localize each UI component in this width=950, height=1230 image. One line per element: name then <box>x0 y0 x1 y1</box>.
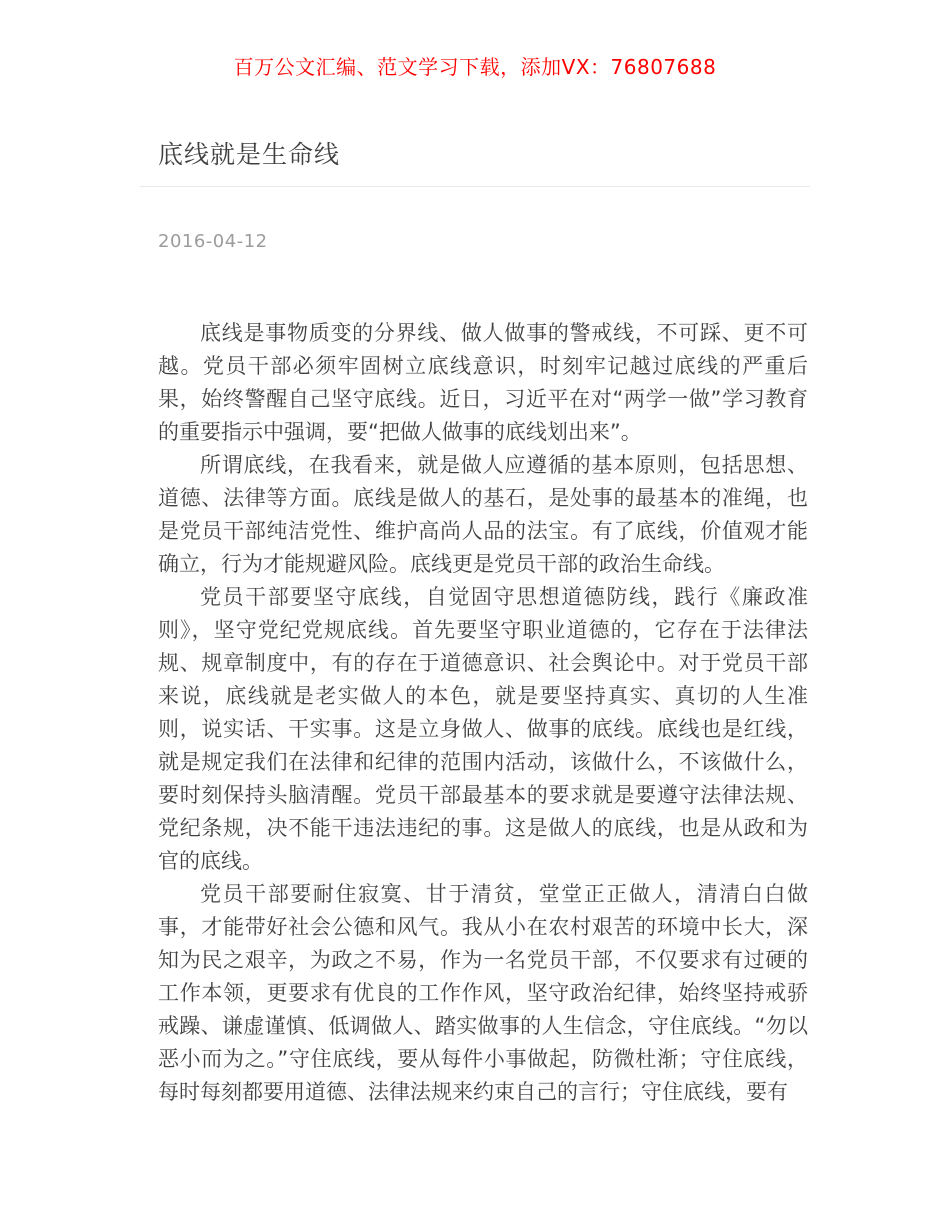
paragraph-1: 底线是事物质变的分界线、做人做事的警戒线，不可踩、更不可越。党员干部必须牢固树立… <box>158 317 808 449</box>
paragraph-2: 所谓底线，在我看来，就是做人应遵循的基本原则，包括思想、道德、法律等方面。底线是… <box>158 449 808 581</box>
page-title: 底线就是生命线 <box>158 141 792 169</box>
article-date: 2016-04-12 <box>140 231 810 252</box>
article-header: 底线就是生命线 <box>140 141 810 187</box>
article-body: 底线是事物质变的分界线、做人做事的警戒线，不可踩、更不可越。党员干部必须牢固树立… <box>140 317 810 1109</box>
paragraph-4: 党员干部要耐住寂寞、甘于清贫，堂堂正正做人，清清白白做事，才能带好社会公德和风气… <box>158 878 808 1109</box>
paragraph-3: 党员干部要坚守底线，自觉固守思想道德防线，践行《廉政准则》，坚守党纪党规底线。首… <box>158 581 808 878</box>
promo-banner: 百万公文汇编、范文学习下载，添加VX：76807688 <box>0 0 950 79</box>
article: 底线就是生命线 2016-04-12 底线是事物质变的分界线、做人做事的警戒线，… <box>140 141 810 1109</box>
